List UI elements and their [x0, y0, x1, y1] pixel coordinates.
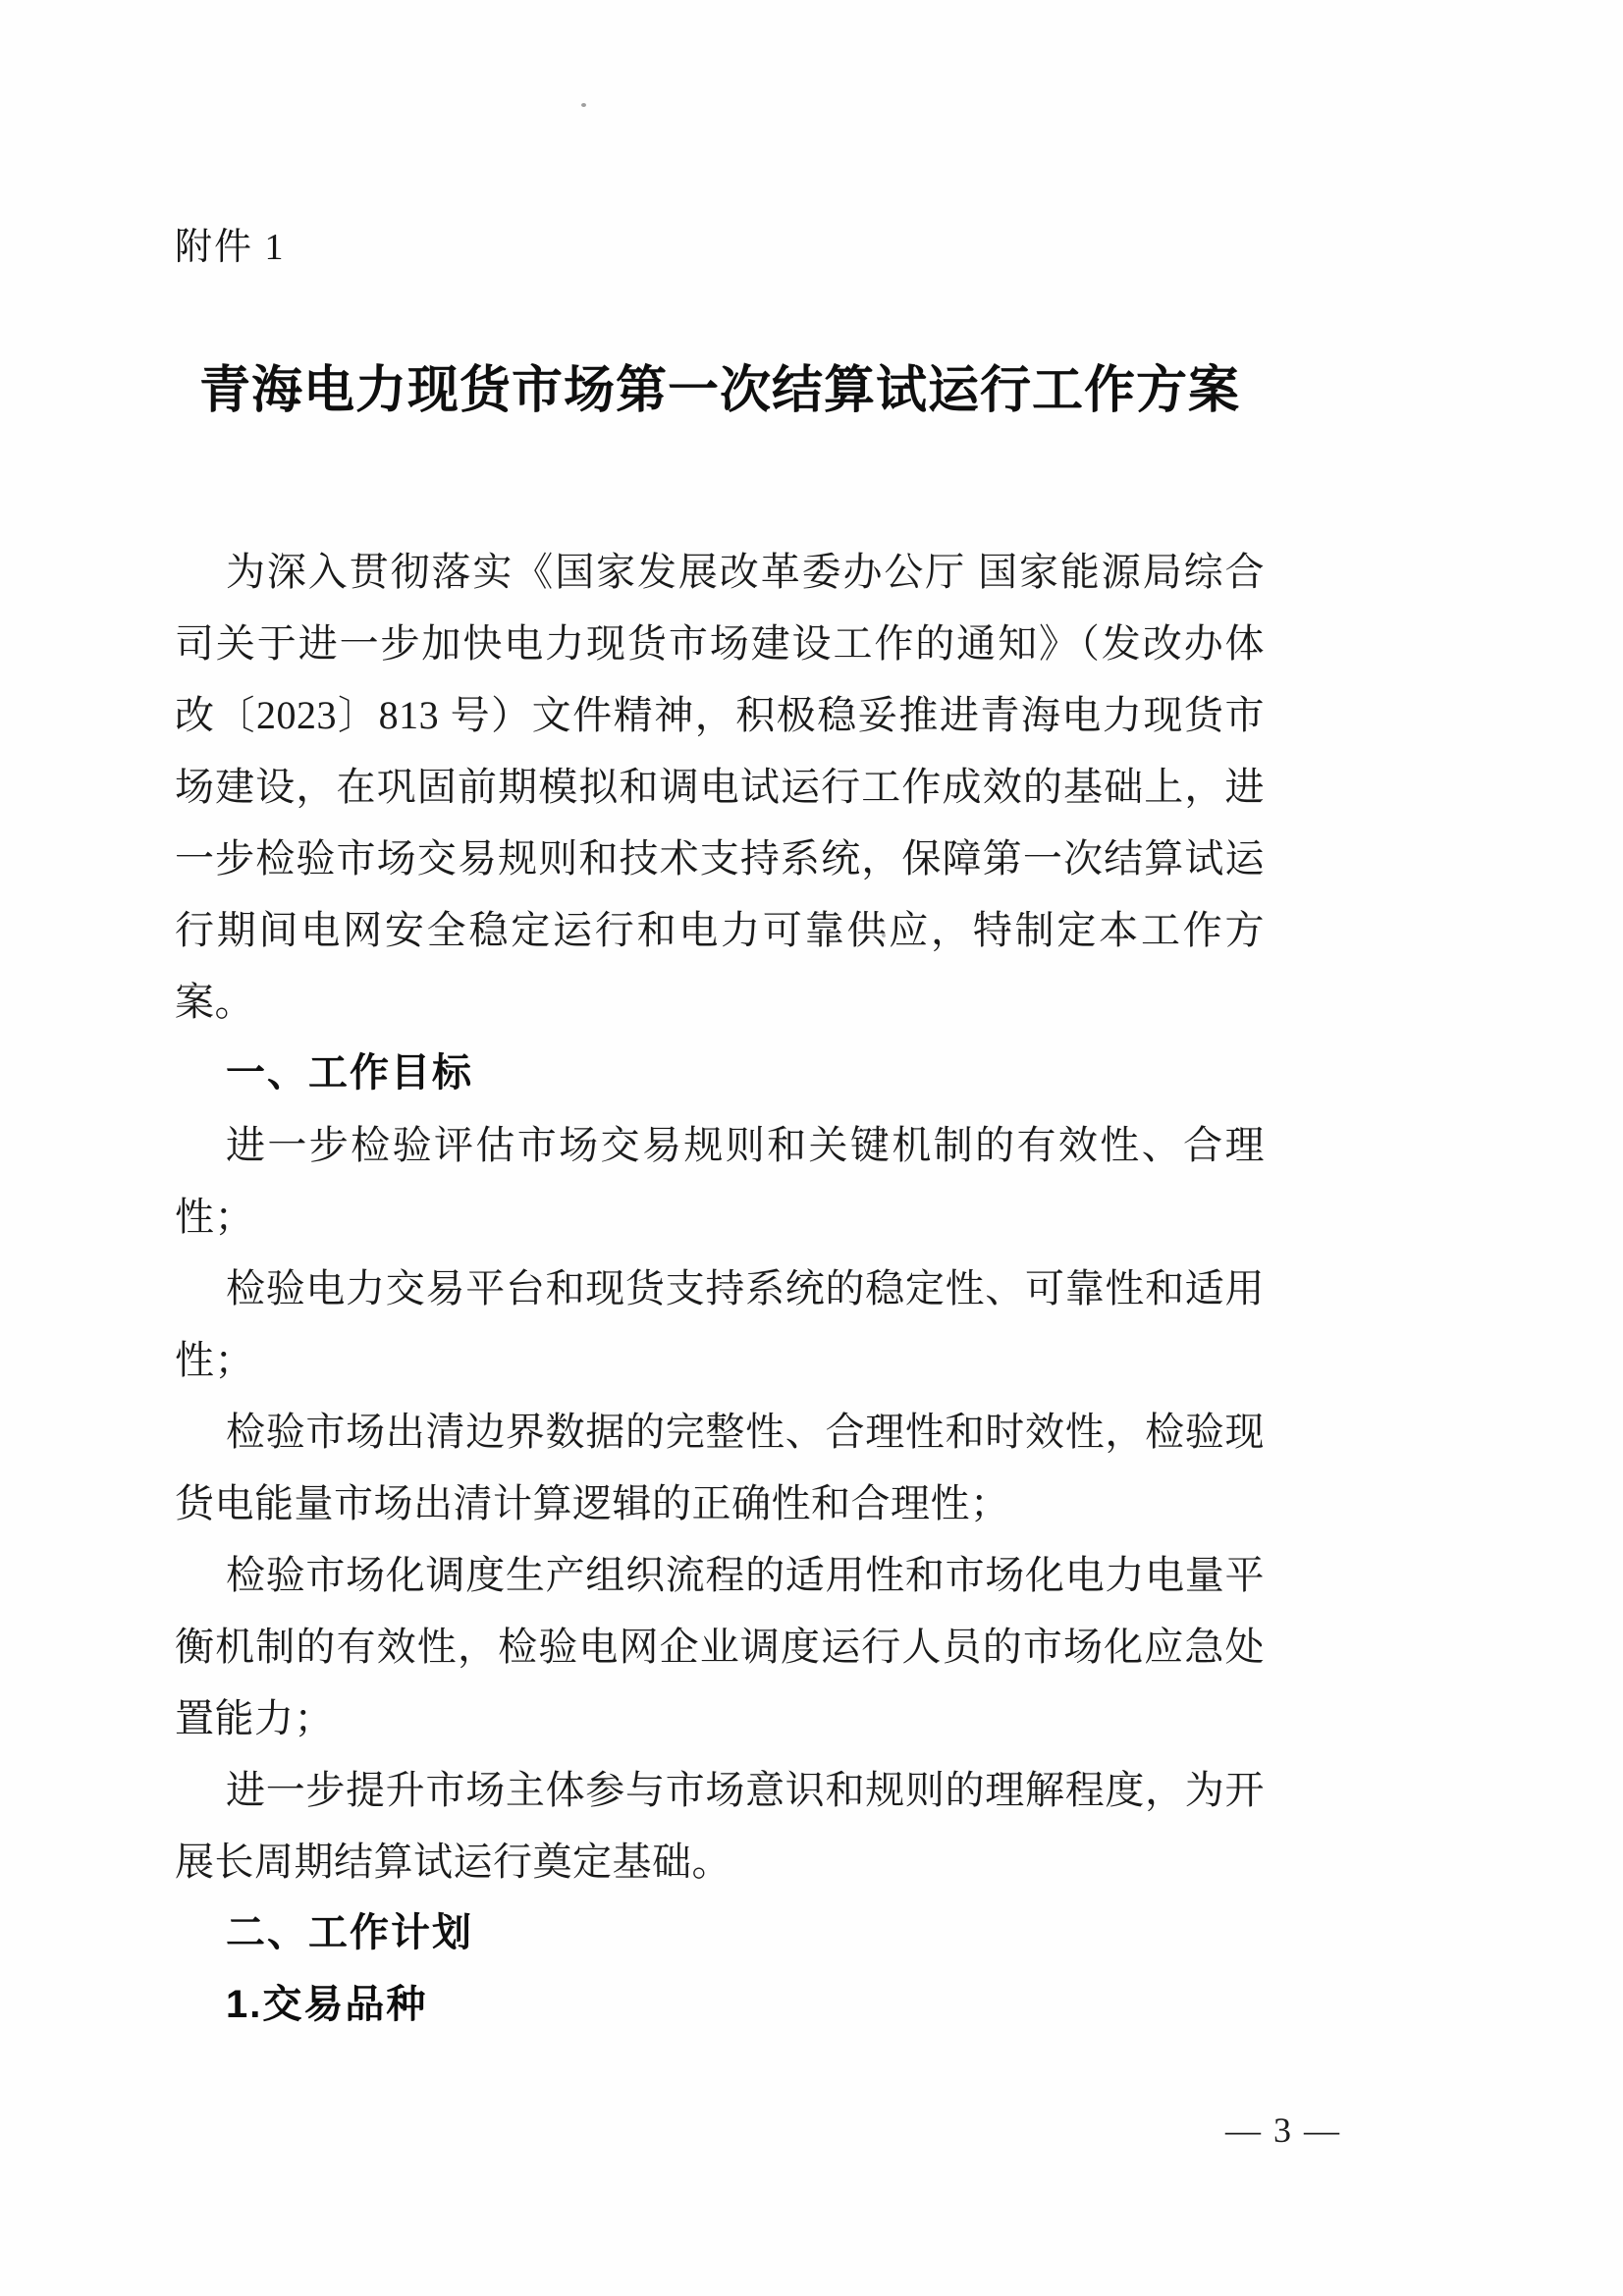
goal-paragraph-1: 进一步检验评估市场交易规则和关键机制的有效性、合理性； [175, 1109, 1265, 1253]
document-body: 附件 1 青海电力现货市场第一次结算试运行工作方案 为深入贯彻落实《国家发展改革… [175, 0, 1265, 2041]
subsection-heading-trade-types: 1.交易品种 [175, 1969, 1265, 2041]
goal-paragraph-2: 检验电力交易平台和现货支持系统的稳定性、可靠性和适用性； [175, 1253, 1265, 1396]
goal-paragraph-3: 检验市场出清边界数据的完整性、合理性和时效性，检验现货电能量市场出清计算逻辑的正… [175, 1396, 1265, 1539]
section-2-heading: 二、工作计划 [175, 1897, 1265, 1969]
section-1-heading: 一、工作目标 [175, 1038, 1265, 1109]
page-number: — 3 — [1225, 2109, 1341, 2152]
document-title: 青海电力现货市场第一次结算试运行工作方案 [175, 355, 1265, 426]
goal-paragraph-5: 进一步提升市场主体参与市场意识和规则的理解程度，为开展长周期结算试运行奠定基础。 [175, 1754, 1265, 1897]
intro-paragraph: 为深入贯彻落实《国家发展改革委办公厅 国家能源局综合司关于进一步加快电力现货市场… [175, 536, 1265, 1038]
goal-paragraph-4: 检验市场化调度生产组织流程的适用性和市场化电力电量平衡机制的有效性，检验电网企业… [175, 1539, 1265, 1754]
scanned-document-page: 附件 1 青海电力现货市场第一次结算试运行工作方案 为深入贯彻落实《国家发展改革… [0, 0, 1623, 2296]
attachment-label: 附件 1 [175, 226, 1265, 269]
